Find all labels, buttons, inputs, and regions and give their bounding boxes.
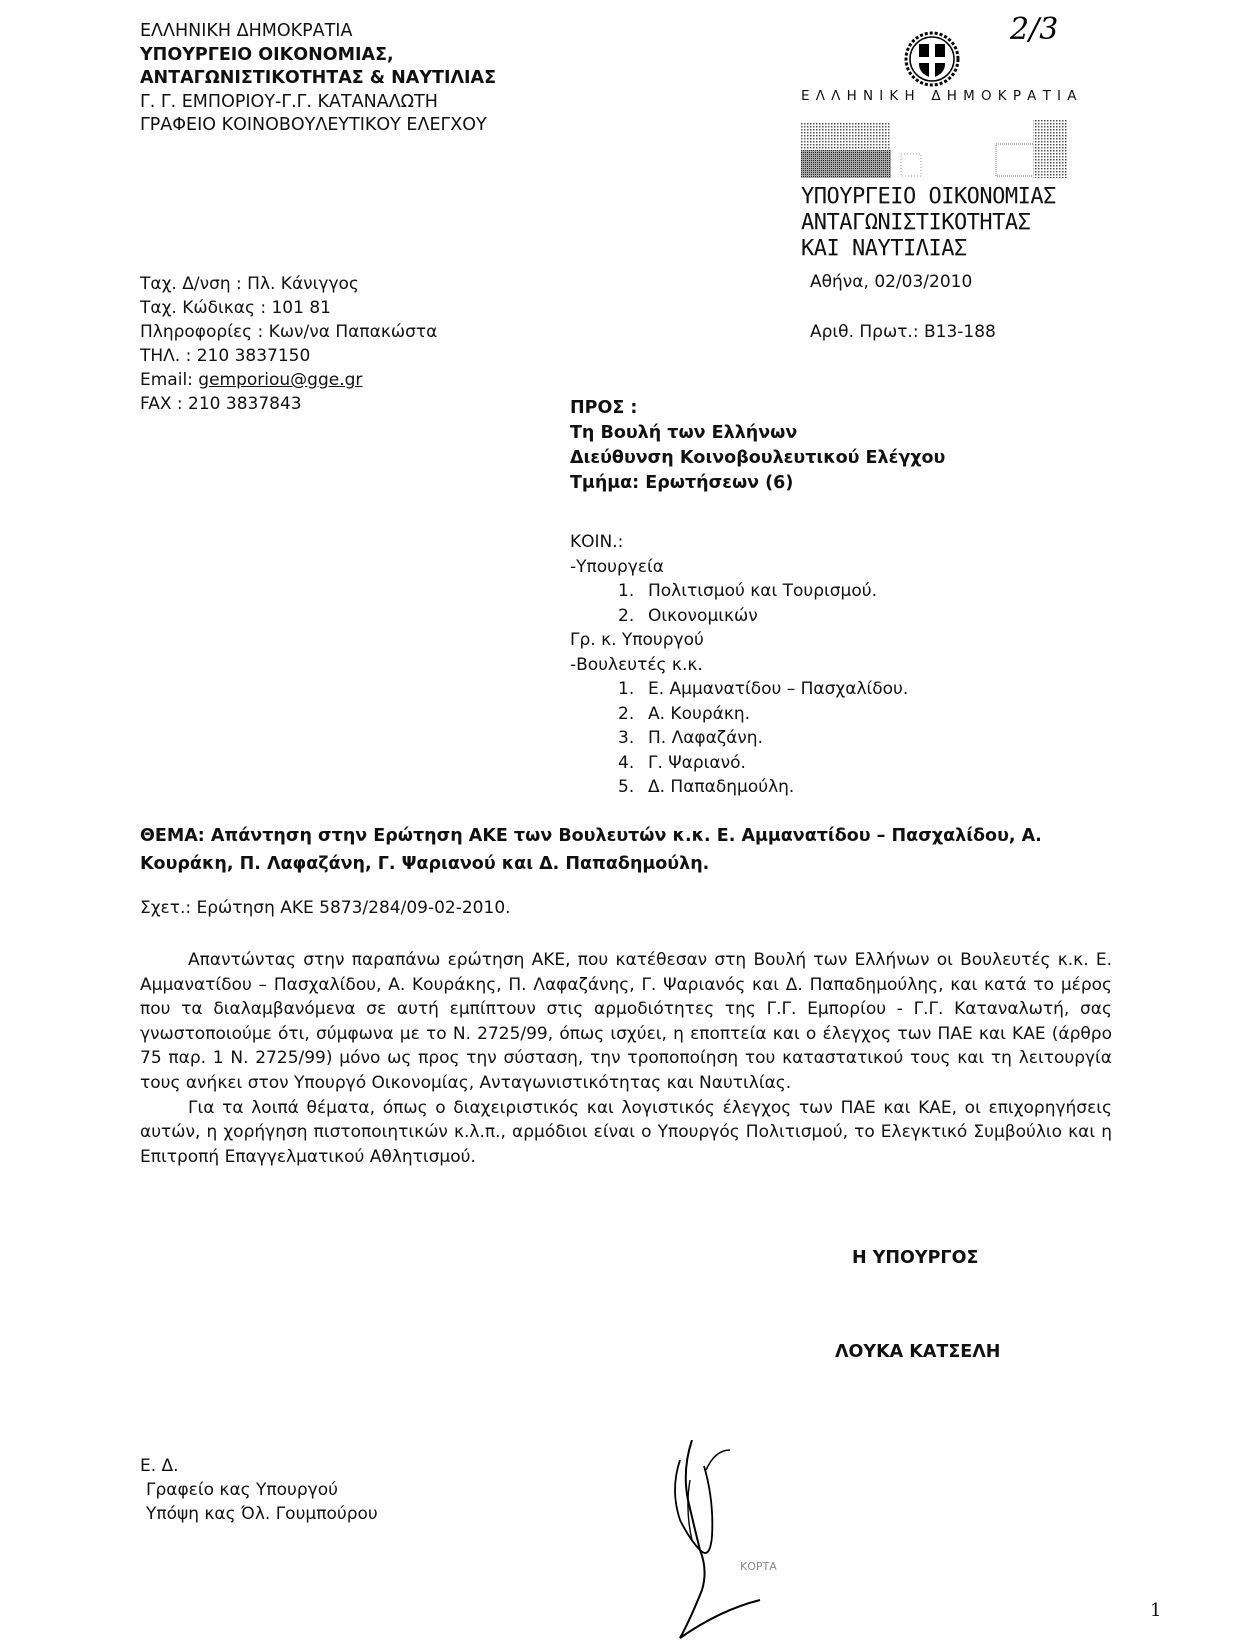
body-paragraph-1: Απαντώντας στην παραπάνω ερώτηση ΑΚΕ, πο… <box>140 948 1112 1096</box>
handwritten-signature-icon: ΚΟΡΤΑ <box>620 1440 900 1640</box>
cc-block: ΚΟΙΝ.: -Υπουργεία 1.Πολιτισμού και Τουρι… <box>570 530 908 800</box>
cc-ministries-label: -Υπουργεία <box>570 555 908 580</box>
ministry-logo-text: ΥΠΟΥΡΓΕΙΟ ΟΙΚΟΝΟΜΙΑΣ ΑΝΤΑΓΩΝΙΣΤΙΚΟΤΗΤΑΣ … <box>801 184 1056 262</box>
list-item: 4.Γ. Ψαριανό. <box>570 751 908 776</box>
list-item: 5.Δ. Παπαδημούλη. <box>570 775 908 800</box>
handwritten-page-note: 2/3 <box>1010 12 1058 47</box>
recipient-label: ΠΡΟΣ : <box>570 396 945 421</box>
recipient-line3: Τμήμα: Ερωτήσεων (6) <box>570 471 945 496</box>
list-item: 2.Α. Κουράκη. <box>570 702 908 727</box>
signature-name: ΛΟΥΚΑ ΚΑΤΣΕΛΗ <box>835 1342 1000 1362</box>
postal-code: Ταχ. Κώδικας : 101 81 <box>140 296 437 320</box>
body-paragraph-2: Για τα λοιπά θέματα, όπως ο διαχειριστικ… <box>140 1096 1112 1170</box>
republic-label-spaced: ΕΛΛΗΝΙΚΗ ΔΗΜΟΚΡΑΤΙΑ <box>801 88 1083 104</box>
contact-block: Ταχ. Δ/νση : Πλ. Κάνιγγος Ταχ. Κώδικας :… <box>140 272 437 416</box>
cc-mps-label: -Βουλευτές κ.κ. <box>570 653 908 678</box>
subject-line1: ΘΕΜΑ: Απάντηση στην Ερώτηση ΑΚΕ των Βουλ… <box>140 822 1110 850</box>
signature-title: Η ΥΠΟΥΡΓΟΣ <box>852 1248 978 1268</box>
recipient-block: ΠΡΟΣ : Τη Βουλή των Ελλήνων Διεύθυνση Κο… <box>570 396 945 496</box>
internal-distribution: Ε. Δ. Γραφείο κας Υπουργού Υπόψη κας Όλ.… <box>140 1454 378 1526</box>
postal-address: Ταχ. Δ/νση : Πλ. Κάνιγγος <box>140 272 437 296</box>
document-date: Αθήνα, 02/03/2010 <box>810 272 972 292</box>
subject-line2: Κουράκη, Π. Λαφαζάνη, Γ. Ψαριανού και Δ.… <box>140 850 1110 878</box>
email-link[interactable]: gemporiou@gge.gr <box>198 370 362 390</box>
contact-person: Πληροφορίες : Κων/να Παπακώστα <box>140 320 437 344</box>
republic-label: ΕΛΛΗΝΙΚΗ ΔΗΜΟΚΡΑΤΙΑ <box>140 20 496 44</box>
cc-minister-office: Γρ. κ. Υπουργού <box>570 628 908 653</box>
recipient-line2: Διεύθυνση Κοινοβουλευτικού Ελέγχου <box>570 446 945 471</box>
list-item: 1.Ε. Αμμανατίδου – Πασχαλίδου. <box>570 677 908 702</box>
distribution-line2: Υπόψη κας Όλ. Γουμπούρου <box>140 1502 378 1526</box>
ministry-logo-line2: ΑΝΤΑΓΩΝΙΣΤΙΚΟΤΗΤΑΣ <box>801 210 1056 236</box>
phone-number: ΤΗΛ. : 210 3837150 <box>140 344 437 368</box>
letter-body: Απαντώντας στην παραπάνω ερώτηση ΑΚΕ, πο… <box>140 948 1112 1169</box>
email-row: Email: gemporiou@gge.gr <box>140 368 437 392</box>
greek-coat-of-arms-icon <box>903 30 961 88</box>
ministry-name-line1: ΥΠΟΥΡΓΕΙΟ ΟΙΚΟΝΟΜΙΑΣ, <box>140 44 496 68</box>
email-label: Email: <box>140 370 198 390</box>
office-name: ΓΡΑΦΕΙΟ ΚΟΙΝΟΒΟΥΛΕΥΤΙΚΟΥ ΕΛΕΓΧΟΥ <box>140 114 496 138</box>
cc-label: ΚΟΙΝ.: <box>570 530 908 555</box>
list-item: 2.Οικονομικών <box>570 604 908 629</box>
recipient-line1: Τη Βουλή των Ελλήνων <box>570 421 945 446</box>
protocol-number: Αριθ. Πρωτ.: Β13-188 <box>810 322 996 342</box>
distribution-label: Ε. Δ. <box>140 1454 378 1478</box>
fax-number: FAX : 210 3837843 <box>140 392 437 416</box>
ministry-name-line2: ΑΝΤΑΓΩΝΙΣΤΙΚΟΤΗΤΑΣ & ΝΑΥΤΙΛΙΑΣ <box>140 67 496 91</box>
list-item: 3.Π. Λαφαζάνη. <box>570 726 908 751</box>
sender-header: ΕΛΛΗΝΙΚΗ ΔΗΜΟΚΡΑΤΙΑ ΥΠΟΥΡΓΕΙΟ ΟΙΚΟΝΟΜΙΑΣ… <box>140 20 496 138</box>
general-secretariat: Γ. Γ. ΕΜΠΟΡΙΟΥ-Γ.Γ. ΚΑΤΑΝΑΛΩΤΗ <box>140 91 496 115</box>
list-item: 1.Πολιτισμού και Τουρισμού. <box>570 579 908 604</box>
subject-block: ΘΕΜΑ: Απάντηση στην Ερώτηση ΑΚΕ των Βουλ… <box>140 822 1110 878</box>
reference-line: Σχετ.: Ερώτηση ΑΚΕ 5873/284/09-02-2010. <box>140 898 511 918</box>
ministry-logo-line3: ΚΑΙ ΝΑΥΤΙΛΙΑΣ <box>801 236 1056 262</box>
svg-text:ΚΟΡΤΑ: ΚΟΡΤΑ <box>740 1560 777 1573</box>
ministry-logo-banner <box>801 120 1067 180</box>
page-number: 1 <box>1150 1600 1161 1621</box>
distribution-line1: Γραφείο κας Υπουργού <box>140 1478 378 1502</box>
ministry-logo-line1: ΥΠΟΥΡΓΕΙΟ ΟΙΚΟΝΟΜΙΑΣ <box>801 184 1056 210</box>
